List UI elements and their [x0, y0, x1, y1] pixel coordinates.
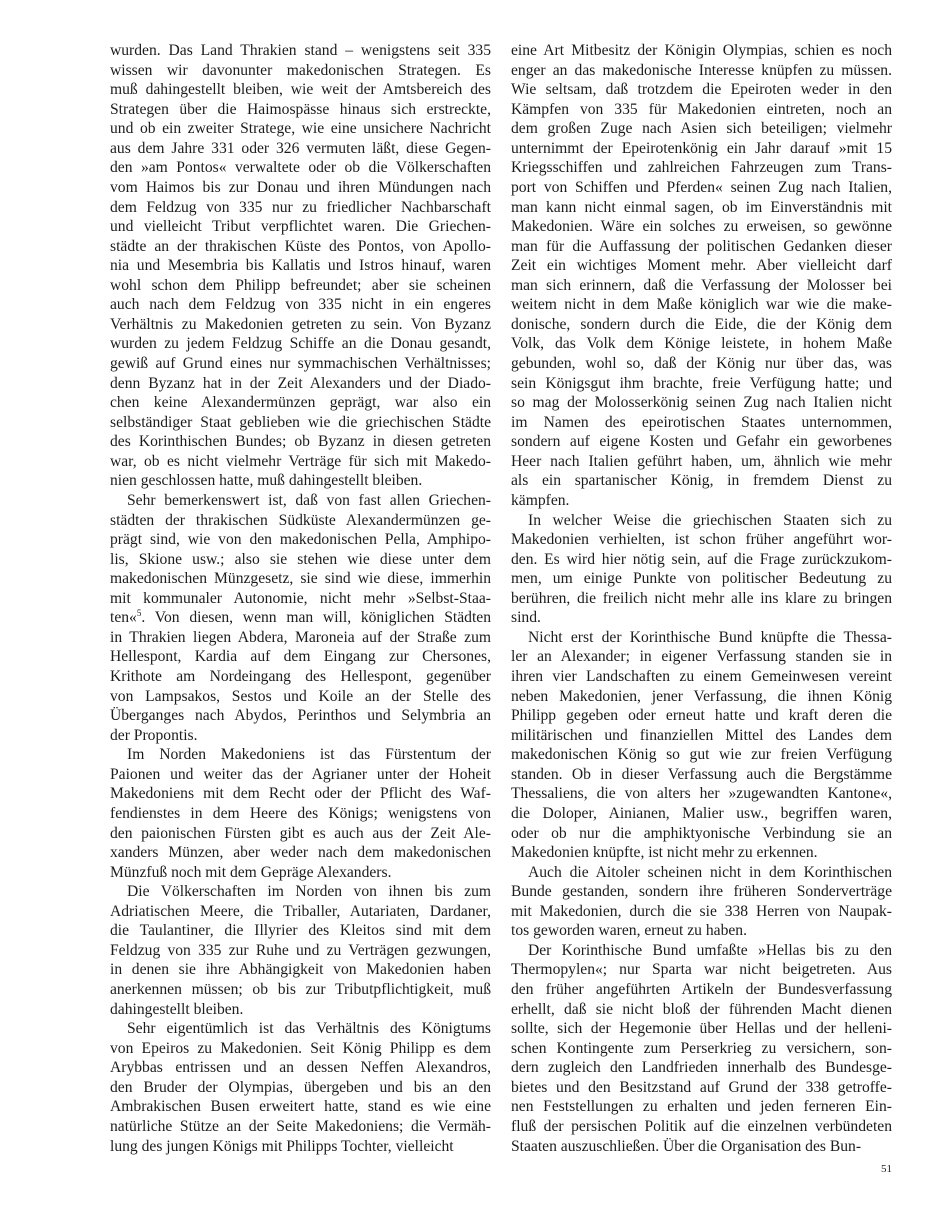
text-line: ten«5. Von diesen, wenn man will, königl… [110, 608, 491, 628]
text-line: den. Es wird hier nötig sein, auf die Fr… [511, 550, 892, 570]
text-line: sondern auf eigene Kosten und Gefahr ein… [511, 432, 892, 452]
text-line: ihren vier Landschaften zu einem Gemeinw… [511, 667, 892, 687]
text-line: so mag der Molosserkönig seinen Zug nach… [511, 393, 892, 413]
text-line: Hellespont, Kardia auf dem Eingang zur C… [110, 647, 491, 667]
paragraph: eine Art Mitbesitz der Königin Olympias,… [511, 41, 892, 511]
text-line: auch nach dem Feldzug von 335 nicht in e… [110, 295, 491, 315]
text-line: Kriegsschiffen und zahlreichen Fahrzeuge… [511, 158, 892, 178]
text-line: donische, sondern durch die Eide, die de… [511, 315, 892, 335]
text-line: natürliche Stütze an der Seite Makedonie… [110, 1117, 491, 1137]
paragraph: Auch die Aitoler scheinen nicht in dem K… [511, 863, 892, 941]
text-line: dem großen Zuge nach Asien sich beteilig… [511, 119, 892, 139]
text-line: man für die Auffassung der politischen G… [511, 237, 892, 257]
text-line: nen Feststellungen zu erhalten und jeden… [511, 1097, 892, 1117]
text-line: makedonischen Münzgesetz, sie sind wie d… [110, 569, 491, 589]
text-line: im Namen des epeirotischen Staates unter… [511, 413, 892, 433]
text-line: den »am Pontos« verwaltete oder ob die V… [110, 158, 491, 178]
text-line: Arybbas entrissen und an dessen Neffen A… [110, 1058, 491, 1078]
text-line: muß dahingestellt bleiben, wie weit der … [110, 80, 491, 100]
text-line: Makedonien knüpfte, ist nicht mehr zu er… [511, 843, 892, 863]
text-line: unternimmt der Epeirotenkönig ein Jahr d… [511, 139, 892, 159]
text-line: sind. [511, 608, 892, 628]
text-line: man sich erinnern, daß die Verfassung de… [511, 276, 892, 296]
paragraph: Der Korinthische Bund umfaßte »Hellas bi… [511, 941, 892, 1156]
text-line: lung des jungen Königs mit Philipps Toch… [110, 1137, 491, 1157]
text-line: men, um einige Punkte von politischer Be… [511, 569, 892, 589]
text-line: oder ob nur die amphiktyonische Verbindu… [511, 824, 892, 844]
text-line: bietes und den Besitzstand auf Grund der… [511, 1078, 892, 1098]
text-line: sollte, sich der Hegemonie über Hellas u… [511, 1019, 892, 1039]
text-line: schen Kontingente zum Perserkrieg zu ver… [511, 1039, 892, 1059]
text-line: Wie seltsam, daß trotzdem die Epeiroten … [511, 80, 892, 100]
text-line: Philipp gegeben oder erneut hatte und kr… [511, 706, 892, 726]
text-line: enger an das makedonische Interesse knüp… [511, 61, 892, 81]
text-line: gewiß auf Grund eines nur symmachischen … [110, 354, 491, 374]
text-line: Überganges nach Abydos, Perinthos und Se… [110, 706, 491, 726]
text-line: war, ob es nicht vielmehr Verträge für s… [110, 452, 491, 472]
text-line: Verhältnis zu Makedonien getreten zu sei… [110, 315, 491, 335]
text-line: Im Norden Makedoniens ist das Fürstentum… [110, 745, 491, 765]
text-line: Ambrakischen Busen erweitert hatte, stan… [110, 1097, 491, 1117]
text-line: fendienstes in dem Heere des Königs; wen… [110, 804, 491, 824]
text-line: Krithote am Nordeingang des Hellespont, … [110, 667, 491, 687]
text-line: standen. Ob in dieser Verfassung auch di… [511, 765, 892, 785]
text-line: ler an Alexander; in eigener Verfassung … [511, 647, 892, 667]
text-line: den früher angeführten Artikeln der Bund… [511, 980, 892, 1000]
text-line: und vielleicht Tribut verpflichtet waren… [110, 217, 491, 237]
left-column: wurden. Das Land Thrakien stand – wenigs… [110, 41, 491, 1156]
text-line: Sehr bemerkenswert ist, daß von fast all… [110, 491, 491, 511]
text-line: Kämpfen von 335 für Makedonien eintreten… [511, 100, 892, 120]
text-line: aus dem Jahre 331 oder 326 vermuten läßt… [110, 139, 491, 159]
text-line: Der Korinthische Bund umfaßte »Hellas bi… [511, 941, 892, 961]
text-line: Makedonien. Wäre ein solches zu erweisen… [511, 217, 892, 237]
text-line: Thermopylen«; nur Sparta war nicht beige… [511, 960, 892, 980]
text-line: gebunden, wohl so, daß der König nur übe… [511, 354, 892, 374]
text-line: neben Makedonien, jener Verfassung, die … [511, 687, 892, 707]
text-line: dem Feldzug von 335 nur zu friedlicher N… [110, 198, 491, 218]
text-line: Staaten auszuschließen. Über die Organis… [511, 1137, 892, 1157]
book-page: wurden. Das Land Thrakien stand – wenigs… [0, 0, 935, 1210]
text-line: fluß der persischen Politik auf die einz… [511, 1117, 892, 1137]
text-line: selbständiger Staat geblieben wie die gr… [110, 413, 491, 433]
text-line: mit Makedonien, durch die sie 338 Herren… [511, 902, 892, 922]
text-line: von Epeiros zu Makedonien. Seit König Ph… [110, 1039, 491, 1059]
text-line: prägt sind, wie von den makedonischen Pe… [110, 530, 491, 550]
text-line: Sehr eigentümlich ist das Verhältnis des… [110, 1019, 491, 1039]
text-line: Münzfuß noch mit dem Gepräge Alexanders. [110, 863, 491, 883]
paragraph: Die Völkerschaften im Norden von ihnen b… [110, 882, 491, 1019]
paragraph: Im Norden Makedoniens ist das Fürstentum… [110, 745, 491, 882]
right-column: eine Art Mitbesitz der Königin Olympias,… [511, 41, 892, 1156]
text-line: Die Völkerschaften im Norden von ihnen b… [110, 882, 491, 902]
text-line: xanders Münzen, aber weder nach dem make… [110, 843, 491, 863]
text-line: wurden zu jedem Feldzug Schiffe an die D… [110, 334, 491, 354]
paragraph: wurden. Das Land Thrakien stand – wenigs… [110, 41, 491, 491]
text-line: man kann nicht einmal sagen, ob im Einve… [511, 198, 892, 218]
text-line: militärischen und finanziellen Mittel de… [511, 726, 892, 746]
text-line: Heer nach Italien geführt haben, um, ähn… [511, 452, 892, 472]
paragraph: Nicht erst der Korinthische Bund knüpfte… [511, 628, 892, 863]
paragraph: Sehr eigentümlich ist das Verhältnis des… [110, 1019, 491, 1156]
text-line: der Propontis. [110, 726, 491, 746]
text-line: von Lampsakos, Sestos und Koile an der S… [110, 687, 491, 707]
text-line: Auch die Aitoler scheinen nicht in dem K… [511, 863, 892, 883]
text-line: lis, Skione usw.; also sie stehen wie di… [110, 550, 491, 570]
text-line: den paionischen Fürsten gibt es auch aus… [110, 824, 491, 844]
text-line: chen keine Alexandermünzen geprägt, war … [110, 393, 491, 413]
text-line: Zeit ein wichtiges Moment mehr. Aber vie… [511, 256, 892, 276]
text-line: in Thrakien liegen Abdera, Maroneia auf … [110, 628, 491, 648]
text-line: weitem nicht in dem Maße königlich war w… [511, 295, 892, 315]
text-line: wurden. Das Land Thrakien stand – wenigs… [110, 41, 491, 61]
text-fragment: ten« [110, 609, 137, 626]
text-line: eine Art Mitbesitz der Königin Olympias,… [511, 41, 892, 61]
paragraph: Sehr bemerkenswert ist, daß von fast all… [110, 491, 491, 745]
text-line: Feldzug von 335 zur Ruhe und zu Verträge… [110, 941, 491, 961]
text-line: Bunde gestanden, sondern ihre früheren S… [511, 882, 892, 902]
text-line: in denen sie ihre Abhängigkeit von Maked… [110, 960, 491, 980]
text-line: denn Byzanz hat in der Zeit Alexanders u… [110, 374, 491, 394]
text-line: Paionen und weiter das der Agrianer unte… [110, 765, 491, 785]
text-line: dern zugleich den Landfrieden innerhalb … [511, 1058, 892, 1078]
text-line: tos geworden waren, erneut zu haben. [511, 921, 892, 941]
text-line: Makedonien verhielten, ist schon früher … [511, 530, 892, 550]
text-line: sein Königsgut ihm brachte, freie Verfüg… [511, 374, 892, 394]
text-line: und ob ein zweiter Stratege, wie eine un… [110, 119, 491, 139]
text-line: vom Haimos bis zur Donau und ihren Mündu… [110, 178, 491, 198]
text-line: Adriatischen Meere, die Triballer, Autar… [110, 902, 491, 922]
text-line: Makedoniens mit dem Recht oder der Pflic… [110, 784, 491, 804]
text-line: berühren, die freilich nicht mehr alle i… [511, 589, 892, 609]
text-line: dahingestellt bleiben. [110, 1000, 491, 1020]
paragraph: In welcher Weise die griechischen Staate… [511, 511, 892, 628]
text-line: des Korinthischen Bundes; ob Byzanz in d… [110, 432, 491, 452]
text-line: wohl schon dem Philipp befreundet; aber … [110, 276, 491, 296]
text-line: nia und Mesembria bis Kallatis und Istro… [110, 256, 491, 276]
text-line: als ein spartanischer König, in fremdem … [511, 471, 892, 491]
text-line: die Doloper, Ainianen, Malier usw., begr… [511, 804, 892, 824]
text-fragment: . Von diesen, wenn man will, königlichen… [141, 609, 491, 626]
text-line: Volk, das Volk dem Könige leistete, in h… [511, 334, 892, 354]
text-line: mit kommunaler Autonomie, nicht mehr »Se… [110, 589, 491, 609]
text-line: port von Schiffen und Pferden« seinen Zu… [511, 178, 892, 198]
text-line: den Bruder der Olympias, übergeben und b… [110, 1078, 491, 1098]
page-number: 51 [860, 1163, 892, 1175]
text-line: städte an der thrakischen Küste des Pont… [110, 237, 491, 257]
text-line: In welcher Weise die griechischen Staate… [511, 511, 892, 531]
text-line: erhellt, daß sie nicht bloß der führende… [511, 1000, 892, 1020]
text-line: Strategen über die Haimospässe hinaus si… [110, 100, 491, 120]
text-line: makedonischen König so gut wie zur freie… [511, 745, 892, 765]
text-line: wissen wir davonunter makedonischen Stra… [110, 61, 491, 81]
text-line: die Taulantiner, die Illyrier des Kleito… [110, 921, 491, 941]
text-line: städten der thrakischen Südküste Alexand… [110, 511, 491, 531]
text-line: Nicht erst der Korinthische Bund knüpfte… [511, 628, 892, 648]
text-line: Thessaliens, die von alters her »zugewan… [511, 784, 892, 804]
text-line: anerkennen müssen; ob bis zur Tributpfli… [110, 980, 491, 1000]
text-line: kämpfen. [511, 491, 892, 511]
text-line: nien geschlossen hatte, muß dahingestell… [110, 471, 491, 491]
